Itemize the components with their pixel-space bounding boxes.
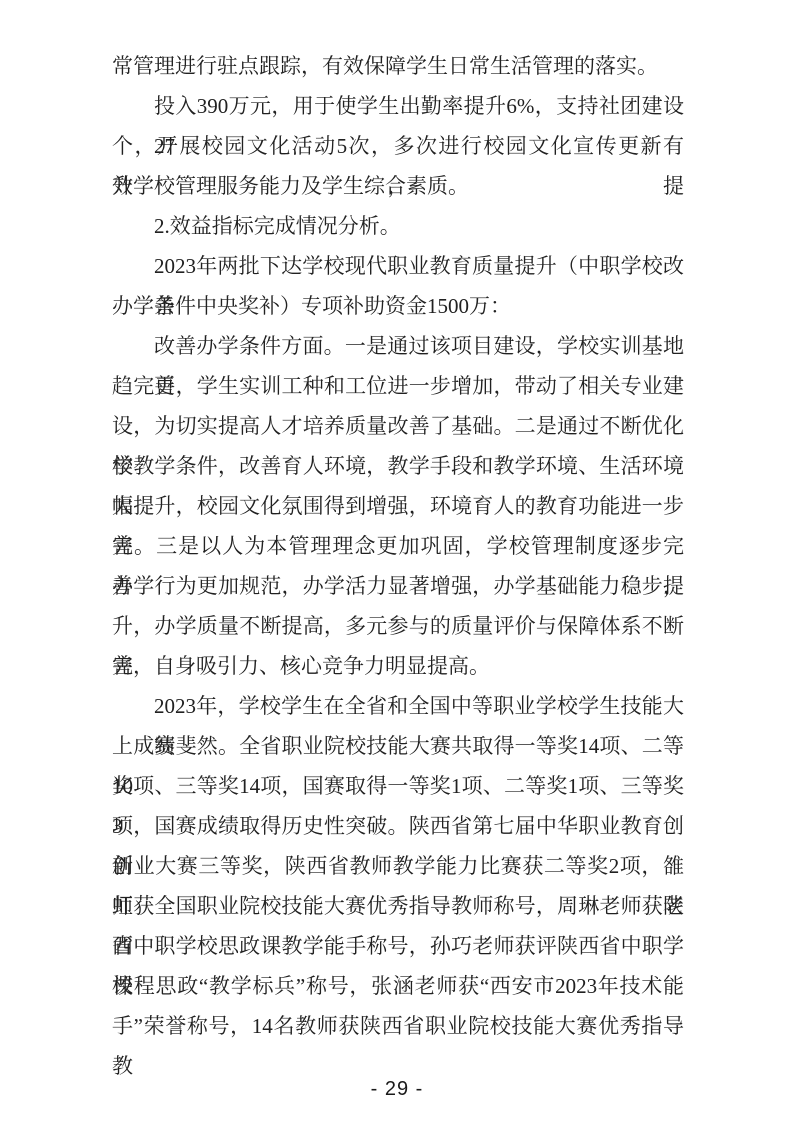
text-line: 善。三是以人为本管理理念更加巩固，学校管理制度逐步完善，	[112, 526, 684, 566]
text-line: 善，自身吸引力、核心竞争力明显提高。	[112, 646, 684, 686]
text-line: 上成绩斐然。全省职业院校技能大赛共取得一等奖14项、二等奖	[112, 726, 684, 766]
text-line: 设，为切实提高人才培养质量改善了基础。二是通过不断优化学	[112, 406, 684, 446]
text-line: 投入390万元，用于使学生出勤率提升6%，支持社团建设27	[112, 86, 684, 126]
text-line: 校教学条件，改善育人环境，教学手段和教学环境、生活环境大	[112, 446, 684, 486]
text-line: 改善办学条件方面。一是通过该项目建设，学校实训基地更	[112, 326, 684, 366]
document-page: 常管理进行驻点跟踪，有效保障学生日常生活管理的落实。投入390万元，用于使学生出…	[0, 0, 794, 1123]
text-line: 常管理进行驻点跟踪，有效保障学生日常生活管理的落实。	[112, 46, 684, 86]
text-line: 项，国赛成绩取得历史性突破。陕西省第七届中华职业教育创新	[112, 806, 684, 846]
text-line: 课程思政“教学标兵”称号，张涵老师获“西安市2023年技术能	[112, 966, 684, 1006]
text-line: 趋完善，学生实训工种和工位进一步增加，带动了相关专业建	[112, 366, 684, 406]
text-line: 省中职学校思政课教学能手称号，孙巧老师获评陕西省中职学校	[112, 926, 684, 966]
text-line: 师获全国职业院校技能大赛优秀指导教师称号，周琳老师获陕西	[112, 886, 684, 926]
text-line: 升，办学质量不断提高，多元参与的质量评价与保障体系不断完	[112, 606, 684, 646]
text-line: 个，开展校园文化活动5次，多次进行校园文化宣传更新有效，提	[112, 126, 684, 166]
text-line: 2023年，学校学生在全省和全国中等职业学校学生技能大赛	[112, 686, 684, 726]
text-line: 创业大赛三等奖，陕西省教师教学能力比赛获二等奖2项，雒虹老	[112, 846, 684, 886]
text-line: 幅提升，校园文化氛围得到增强，环境育人的教育功能进一步完	[112, 486, 684, 526]
text-line: 2.效益指标完成情况分析。	[112, 206, 684, 246]
text-line: 办学条件中央奖补）专项补助资金1500万：	[112, 286, 684, 326]
page-number: - 29 -	[0, 1078, 794, 1101]
text-line: 2023年两批下达学校现代职业教育质量提升（中职学校改善	[112, 246, 684, 286]
document-body-text: 常管理进行驻点跟踪，有效保障学生日常生活管理的落实。投入390万元，用于使学生出…	[112, 46, 684, 1046]
text-line: 手”荣誉称号，14名教师获陕西省职业院校技能大赛优秀指导教	[112, 1006, 684, 1046]
text-line: 办学行为更加规范，办学活力显著增强，办学基础能力稳步提	[112, 566, 684, 606]
text-line: 10项、三等奖14项，国赛取得一等奖1项、二等奖1项、三等奖3	[112, 766, 684, 806]
